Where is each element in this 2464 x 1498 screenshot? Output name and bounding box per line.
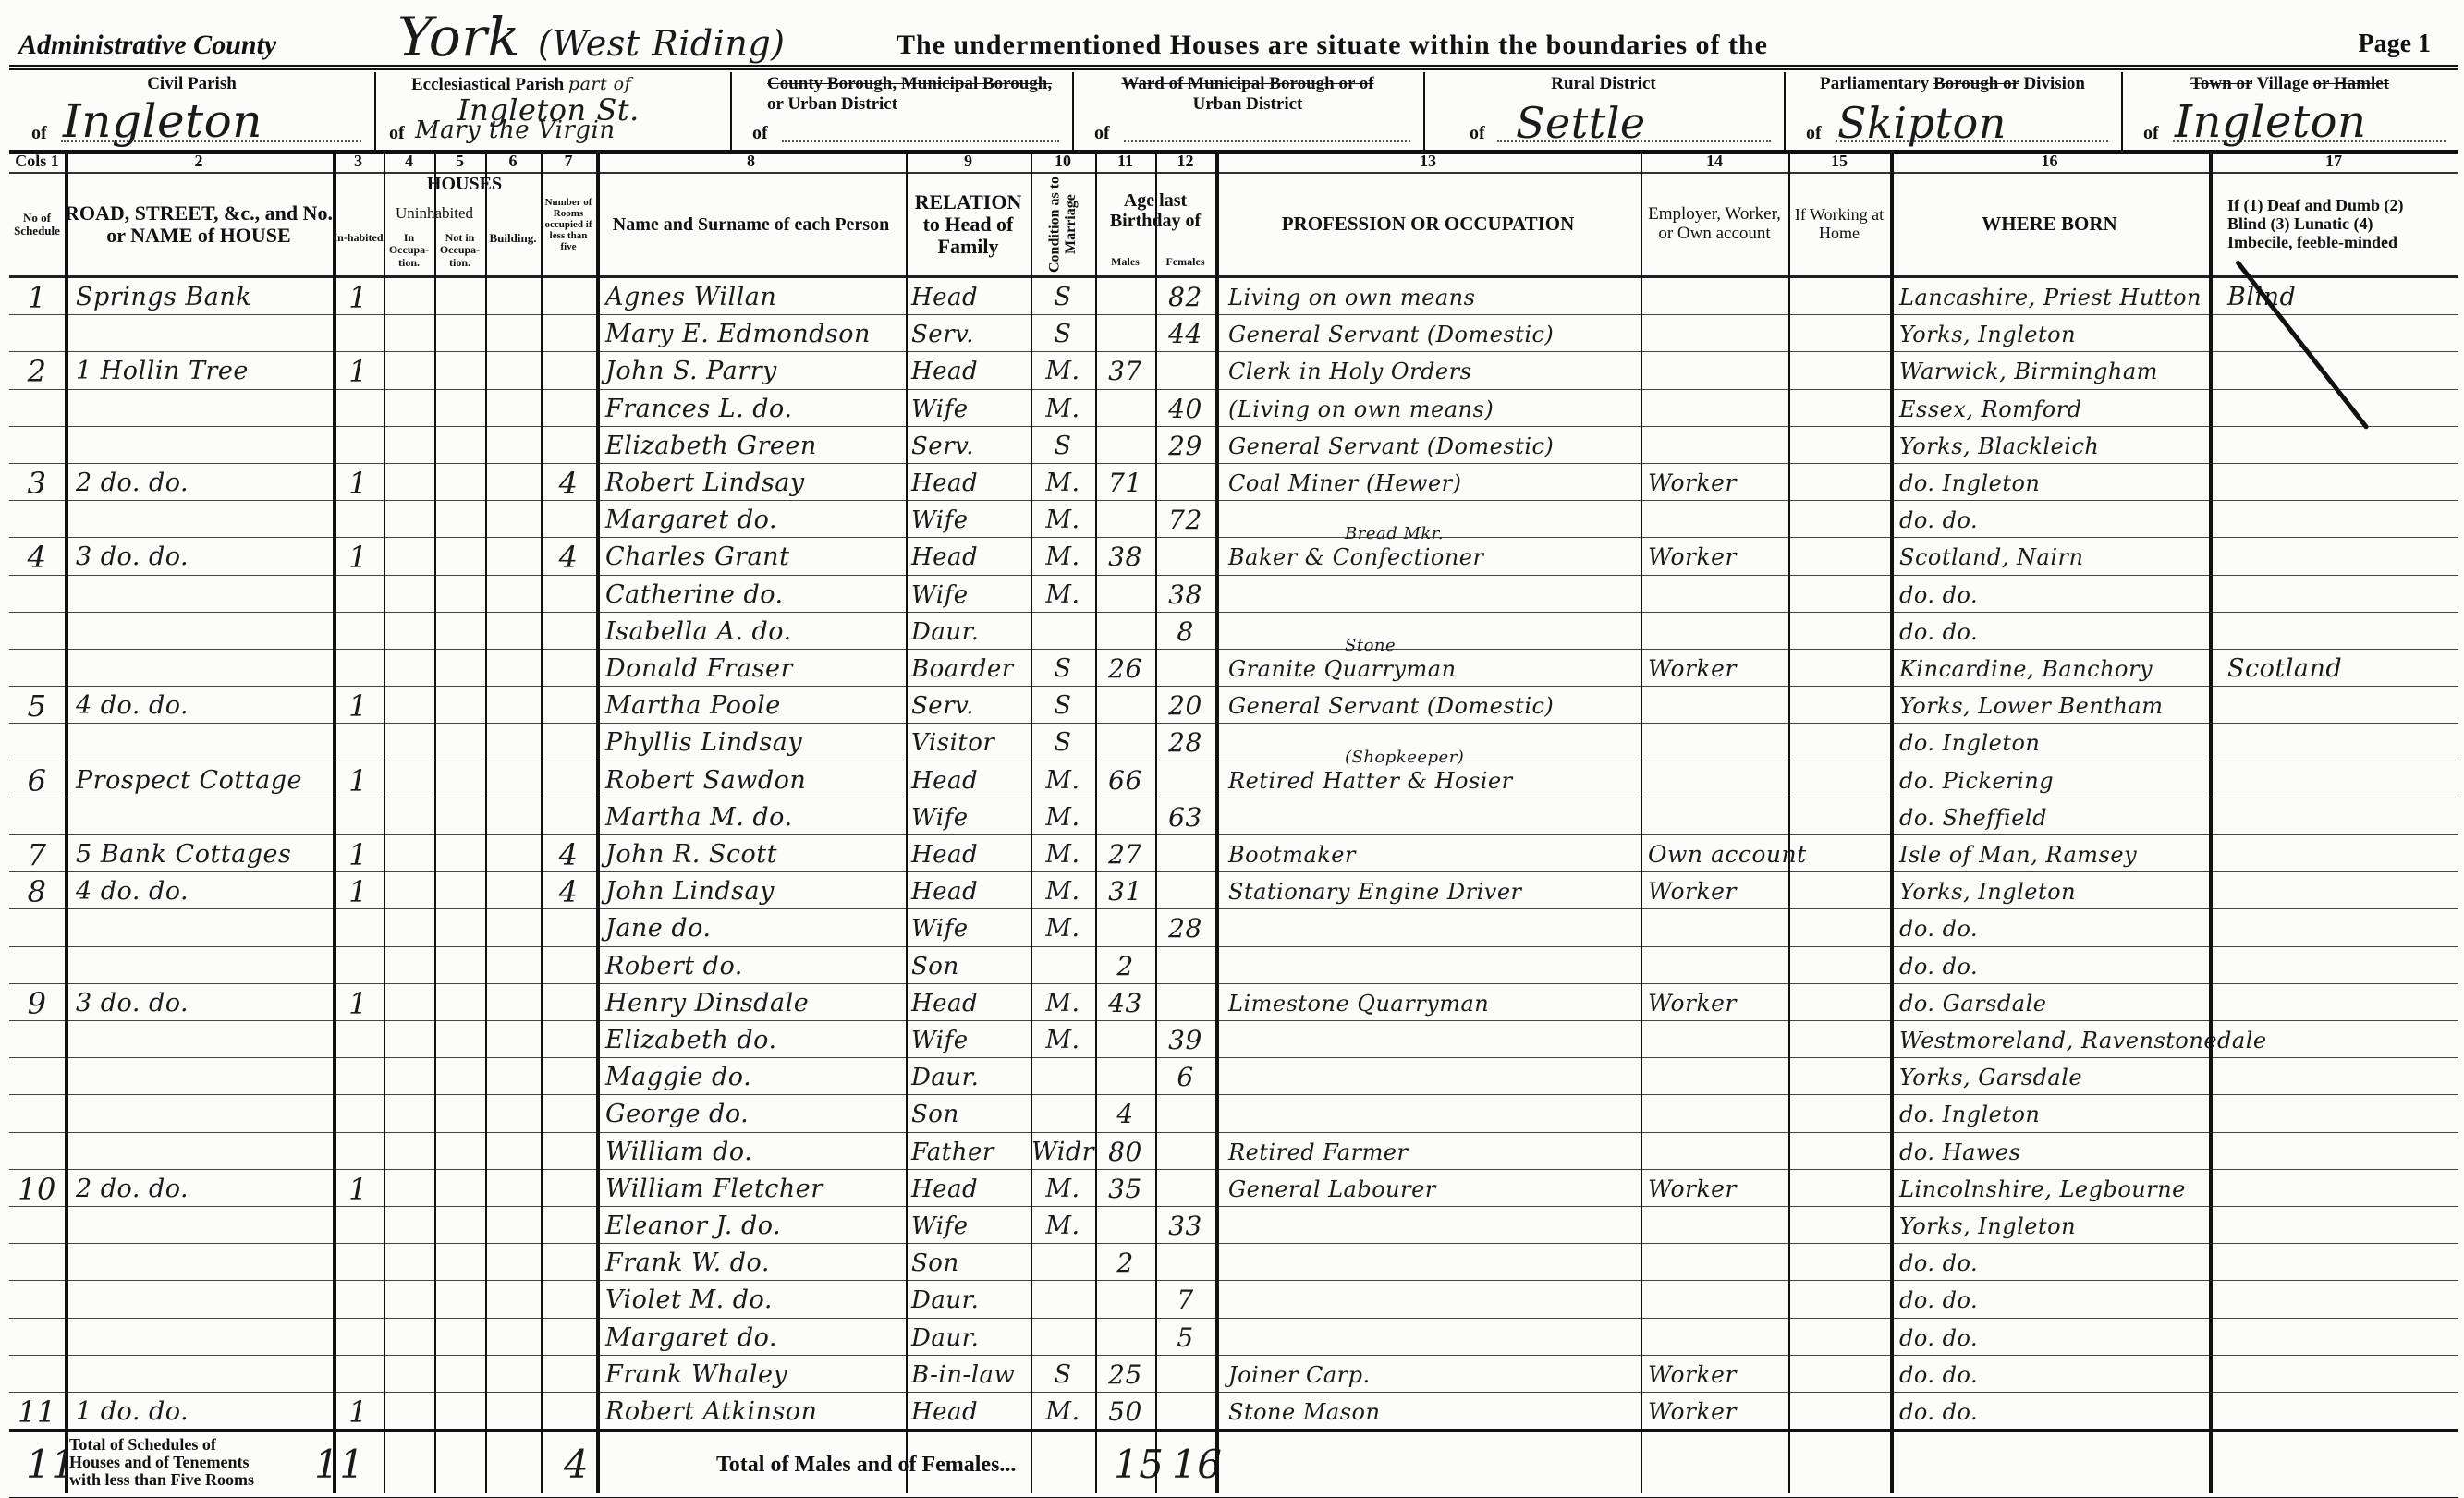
cell-employer xyxy=(1648,1318,1788,1355)
cell-relation: Daur. xyxy=(911,1318,1031,1355)
table-row: 1Springs Bank1Agnes WillanHeadS82Living … xyxy=(9,277,2458,315)
cell-condition: S xyxy=(1031,723,1095,760)
header-name-text: Name and Surname of each Person xyxy=(613,214,889,235)
cell-male-age: 35 xyxy=(1095,1169,1155,1206)
cell-male-age xyxy=(1095,1057,1155,1094)
cell-rooms xyxy=(541,575,596,612)
column-number: 14 xyxy=(1641,152,1788,171)
column-number: 4 xyxy=(384,152,434,171)
cell-born: do. do. xyxy=(1899,1392,2209,1429)
cell-employer xyxy=(1648,351,1788,388)
cell-occupation xyxy=(1228,946,1641,983)
cell-employer xyxy=(1648,1132,1788,1169)
cell-condition: Widr xyxy=(1031,1132,1095,1169)
cell-occupation xyxy=(1228,1318,1641,1355)
cell-rooms xyxy=(541,500,596,537)
cell-schedule: 1 xyxy=(9,277,65,314)
census-table: Cols 1234567891011121314151617 No of Sch… xyxy=(9,152,2458,1482)
cell-infirmity xyxy=(2227,908,2458,945)
header-relation: RELATION to Head of Family xyxy=(906,174,1031,275)
table-row: Donald FraserBoarderS26Granite Quarryman… xyxy=(9,649,2458,687)
cell-occupation xyxy=(1228,1020,1641,1057)
cell-inhabited xyxy=(333,649,384,686)
cell-female-age: 38 xyxy=(1155,575,1215,612)
column-number: 9 xyxy=(906,152,1031,171)
cell-rooms xyxy=(541,798,596,834)
cell-infirmity xyxy=(2227,500,2458,537)
cell-male-age: 80 xyxy=(1095,1132,1155,1169)
ecclesiastical-parish-label: Ecclesiastical Parish xyxy=(411,75,564,94)
cell-inhabited: 1 xyxy=(333,537,384,574)
cell-inhabited xyxy=(333,1057,384,1094)
cell-infirmity xyxy=(2227,1355,2458,1392)
ecclesiastical-parish-value: Mary the Virgin xyxy=(415,116,616,144)
cell-relation: Serv. xyxy=(911,686,1031,723)
cell-relation: Head xyxy=(911,537,1031,574)
table-row: Phyllis LindsayVisitorS28do. Ingleton xyxy=(9,723,2458,761)
cell-occupation xyxy=(1228,1057,1641,1094)
cell-condition: M. xyxy=(1031,908,1095,945)
cell-condition: M. xyxy=(1031,575,1095,612)
cell-condition: M. xyxy=(1031,463,1095,500)
cell-infirmity xyxy=(2227,1169,2458,1206)
cell-inhabited xyxy=(333,1280,384,1317)
cell-male-age xyxy=(1095,1206,1155,1243)
cell-road xyxy=(76,649,333,686)
cell-road: 2 do. do. xyxy=(76,1169,333,1206)
table-row: Frank WhaleyB-in-lawS25Joiner Carp.Worke… xyxy=(9,1355,2458,1393)
cell-relation: Head xyxy=(911,871,1031,908)
header-condition-text: Condition as to Marriage xyxy=(1046,174,1079,275)
column-rule xyxy=(1890,152,1894,1493)
cell-female-age xyxy=(1155,1243,1215,1280)
cell-employer xyxy=(1648,1020,1788,1057)
cell-relation: Wife xyxy=(911,389,1031,426)
cell-rooms: 4 xyxy=(541,834,596,871)
column-number: 12 xyxy=(1155,152,1215,171)
cell-born: Isle of Man, Ramsey xyxy=(1899,834,2209,871)
cell-name: William Fletcher xyxy=(605,1169,906,1206)
census-sheet: Administrative County York (West Riding)… xyxy=(0,0,2464,1498)
cell-condition: M. xyxy=(1031,351,1095,388)
cell-rooms: 4 xyxy=(541,463,596,500)
cell-name: Robert Sawdon xyxy=(605,761,906,798)
cell-name: Frances L. do. xyxy=(605,389,906,426)
column-rule xyxy=(596,152,600,1493)
cell-condition xyxy=(1031,1094,1095,1131)
inhabited-total: 11 xyxy=(314,1442,364,1487)
cell-occupation xyxy=(1228,1280,1641,1317)
cell-employer xyxy=(1648,798,1788,834)
cell-schedule: 3 xyxy=(9,463,65,500)
cell-infirmity xyxy=(2227,686,2458,723)
cell-rooms xyxy=(541,723,596,760)
cell-condition: M. xyxy=(1031,1392,1095,1429)
cell-male-age xyxy=(1095,1280,1155,1317)
cell-road xyxy=(76,1280,333,1317)
county-borough-field: County Borough, Municipal Borough, or Ur… xyxy=(730,72,1074,150)
cell-female-age xyxy=(1155,1094,1215,1131)
cell-occupation xyxy=(1228,798,1641,834)
cell-born: do. do. xyxy=(1899,946,2209,983)
column-number: 17 xyxy=(2209,152,2458,171)
cell-female-age xyxy=(1155,649,1215,686)
cell-inhabited: 1 xyxy=(333,1392,384,1429)
cell-employer xyxy=(1648,314,1788,351)
cell-condition: S xyxy=(1031,649,1095,686)
cell-name: Elizabeth Green xyxy=(605,426,906,463)
cell-occupation xyxy=(1228,575,1641,612)
column-rule xyxy=(2209,152,2213,1493)
cell-rooms xyxy=(541,351,596,388)
cell-employer: Own account xyxy=(1648,834,1788,871)
cell-condition: S xyxy=(1031,426,1095,463)
table-row: 102 do. do.1William FletcherHeadM.35Gene… xyxy=(9,1169,2458,1207)
cell-born: Lancashire, Priest Hutton xyxy=(1899,277,2209,314)
header-name: Name and Surname of each Person xyxy=(596,174,906,275)
cell-name: Maggie do. xyxy=(605,1057,906,1094)
cell-female-age: 82 xyxy=(1155,277,1215,314)
cell-schedule: 10 xyxy=(9,1169,65,1206)
cell-condition xyxy=(1031,1280,1095,1317)
table-row: Elizabeth do.WifeM.39Westmoreland, Raven… xyxy=(9,1020,2458,1058)
cell-male-age xyxy=(1095,723,1155,760)
rural-district-field: Rural District of Settle xyxy=(1423,72,1786,150)
cell-male-age: 2 xyxy=(1095,1243,1155,1280)
cell-road: 5 Bank Cottages xyxy=(76,834,333,871)
cell-relation: Head xyxy=(911,463,1031,500)
cell-born: do. Sheffield xyxy=(1899,798,2209,834)
cell-relation: Daur. xyxy=(911,612,1031,649)
cell-inhabited xyxy=(333,389,384,426)
cell-employer xyxy=(1648,1280,1788,1317)
table-row: 111 do. do.1Robert AtkinsonHeadM.50Stone… xyxy=(9,1392,2458,1430)
cell-road xyxy=(76,1206,333,1243)
cell-rooms xyxy=(541,761,596,798)
cell-occupation xyxy=(1228,908,1641,945)
cell-schedule xyxy=(9,1057,65,1094)
cell-female-age: 72 xyxy=(1155,500,1215,537)
cell-male-age: 2 xyxy=(1095,946,1155,983)
cell-road xyxy=(76,314,333,351)
cell-female-age: 8 xyxy=(1155,612,1215,649)
administrative-county-label: Administrative County xyxy=(18,30,276,61)
cell-relation: Daur. xyxy=(911,1057,1031,1094)
cell-infirmity xyxy=(2227,1132,2458,1169)
cell-schedule xyxy=(9,1132,65,1169)
cell-inhabited: 1 xyxy=(333,463,384,500)
cell-inhabited: 1 xyxy=(333,351,384,388)
column-rule xyxy=(1641,152,1642,1493)
cell-name: Margaret do. xyxy=(605,500,906,537)
cell-employer xyxy=(1648,500,1788,537)
cell-name: George do. xyxy=(605,1094,906,1131)
cell-relation: Son xyxy=(911,1094,1031,1131)
cell-road xyxy=(76,1132,333,1169)
rural-district-value: Settle xyxy=(1516,98,1646,148)
cell-schedule: 6 xyxy=(9,761,65,798)
of-label: of xyxy=(31,123,47,144)
column-rule xyxy=(1095,152,1097,1493)
cell-employer xyxy=(1648,575,1788,612)
cell-female-age xyxy=(1155,1355,1215,1392)
cell-road xyxy=(76,946,333,983)
header-building: Building. xyxy=(485,201,541,275)
cell-inhabited xyxy=(333,426,384,463)
cell-relation: Head xyxy=(911,761,1031,798)
table-row: 43 do. do.14Charles GrantHeadM.38Baker &… xyxy=(9,537,2458,575)
cell-female-age: 44 xyxy=(1155,314,1215,351)
cell-relation: Head xyxy=(911,1169,1031,1206)
table-row: Elizabeth GreenServ.S29General Servant (… xyxy=(9,426,2458,464)
header-males-text: Males xyxy=(1111,256,1140,268)
of-label: of xyxy=(752,123,768,144)
cell-infirmity xyxy=(2227,983,2458,1020)
cell-condition xyxy=(1031,1057,1095,1094)
cell-employer: Worker xyxy=(1648,871,1788,908)
cell-employer xyxy=(1648,686,1788,723)
fill-line xyxy=(1124,140,1410,142)
cell-name: Eleanor J. do. xyxy=(605,1206,906,1243)
cell-schedule xyxy=(9,389,65,426)
cell-occupation xyxy=(1228,612,1641,649)
cell-schedule xyxy=(9,908,65,945)
cell-road: 2 do. do. xyxy=(76,463,333,500)
column-number: 13 xyxy=(1215,152,1641,171)
cell-road xyxy=(76,612,333,649)
cell-occupation: Stone Mason xyxy=(1228,1392,1641,1429)
table-row: Margaret do.Daur.5do. do. xyxy=(9,1318,2458,1356)
cell-occupation: General Servant (Domestic) xyxy=(1228,426,1641,463)
cell-road: 4 do. do. xyxy=(76,871,333,908)
cell-name: Violet M. do. xyxy=(605,1280,906,1317)
town-struck: Town or xyxy=(2190,74,2252,93)
header-occupation-text: PROFESSION OR OCCUPATION xyxy=(1282,213,1575,235)
cell-employer xyxy=(1648,1094,1788,1131)
boundaries-text: The undermentioned Houses are situate wi… xyxy=(897,30,1768,61)
cell-female-age: 29 xyxy=(1155,426,1215,463)
cell-rooms xyxy=(541,686,596,723)
cell-condition xyxy=(1031,1243,1095,1280)
cell-name: Margaret do. xyxy=(605,1318,906,1355)
cell-inhabited xyxy=(333,798,384,834)
column-rule xyxy=(1031,152,1032,1493)
column-rule xyxy=(65,152,68,1493)
cell-male-age xyxy=(1095,389,1155,426)
header-infirmity-text: If (1) Deaf and Dumb (2) Blind (3) Lunat… xyxy=(2227,197,2440,251)
cell-male-age: 50 xyxy=(1095,1392,1155,1429)
cell-occupation: Granite Quarryman xyxy=(1228,649,1641,686)
cell-inhabited xyxy=(333,1243,384,1280)
header-employer: Employer, Worker, or Own account xyxy=(1641,174,1788,275)
cell-relation: Son xyxy=(911,1243,1031,1280)
cell-road xyxy=(76,1355,333,1392)
parliamentary-division-field: Parliamentary Borough or Division of Ski… xyxy=(1784,72,2123,150)
cell-female-age xyxy=(1155,351,1215,388)
cell-born: do. do. xyxy=(1899,908,2209,945)
column-rule xyxy=(1215,152,1219,1493)
cell-name: Mary E. Edmondson xyxy=(605,314,906,351)
cell-name: Isabella A. do. xyxy=(605,612,906,649)
cell-born: do. do. xyxy=(1899,1280,2209,1317)
cell-born: Westmoreland, Ravenstonedale xyxy=(1899,1020,2209,1057)
header-in-occupation: In Occupa-tion. xyxy=(384,225,434,275)
header-condition: Condition as to Marriage xyxy=(1031,174,1095,275)
column-number: 15 xyxy=(1788,152,1890,171)
header-in-occupation-text: In Occupa-tion. xyxy=(384,232,434,269)
cell-inhabited: 1 xyxy=(333,871,384,908)
cell-schedule xyxy=(9,946,65,983)
cell-relation: Visitor xyxy=(911,723,1031,760)
cell-road xyxy=(76,1243,333,1280)
table-row: Frank W. do.Son2do. do. xyxy=(9,1243,2458,1281)
cell-occupation: General Servant (Domestic) xyxy=(1228,686,1641,723)
cell-infirmity xyxy=(2227,1243,2458,1280)
cell-male-age xyxy=(1095,798,1155,834)
cell-female-age xyxy=(1155,537,1215,574)
header-schedule-text: No of Schedule xyxy=(9,212,65,238)
totals-row: 11 Total of Schedules of Houses and of T… xyxy=(9,1429,2458,1498)
cell-relation: B-in-law xyxy=(911,1355,1031,1392)
cell-relation: Serv. xyxy=(911,314,1031,351)
cell-inhabited xyxy=(333,1020,384,1057)
header-at-home: If Working at Home xyxy=(1788,174,1890,275)
cell-born: do. Ingleton xyxy=(1899,463,2209,500)
cell-inhabited xyxy=(333,612,384,649)
cell-male-age xyxy=(1095,314,1155,351)
cell-infirmity xyxy=(2227,871,2458,908)
cell-inhabited xyxy=(333,1094,384,1131)
cell-male-age: 26 xyxy=(1095,649,1155,686)
rural-district-label: Rural District xyxy=(1423,74,1784,94)
header-occupation: PROFESSION OR OCCUPATION xyxy=(1215,174,1641,275)
cell-infirmity xyxy=(2227,798,2458,834)
column-number: 3 xyxy=(333,152,384,171)
cell-born: do. do. xyxy=(1899,1355,2209,1392)
cell-born: do. Pickering xyxy=(1899,761,2209,798)
cell-born: do. Garsdale xyxy=(1899,983,2209,1020)
cell-name: Henry Dinsdale xyxy=(605,983,906,1020)
cell-relation: Wife xyxy=(911,798,1031,834)
cell-rooms xyxy=(541,1280,596,1317)
header-rooms-text: Number of Rooms occupied if less than fi… xyxy=(541,197,596,252)
table-row: George do.Son4do. Ingleton xyxy=(9,1094,2458,1132)
cell-occupation xyxy=(1228,1206,1641,1243)
fill-line xyxy=(782,140,1059,142)
cell-female-age xyxy=(1155,946,1215,983)
cell-inhabited xyxy=(333,1206,384,1243)
cell-infirmity xyxy=(2227,1280,2458,1317)
division-label: Division xyxy=(2023,74,2085,93)
cell-female-age xyxy=(1155,1392,1215,1429)
column-number: 10 xyxy=(1031,152,1095,171)
cell-rooms xyxy=(541,649,596,686)
cell-name: Jane do. xyxy=(605,908,906,945)
cell-road: 1 do. do. xyxy=(76,1392,333,1429)
cell-schedule xyxy=(9,575,65,612)
cell-infirmity xyxy=(2227,463,2458,500)
cell-infirmity xyxy=(2227,426,2458,463)
cell-inhabited xyxy=(333,1132,384,1169)
table-row: Robert do.Son2do. do. xyxy=(9,946,2458,984)
cell-road: Prospect Cottage xyxy=(76,761,333,798)
table-row: Martha M. do.WifeM.63do. Sheffield xyxy=(9,798,2458,835)
cell-infirmity xyxy=(2227,575,2458,612)
cell-employer xyxy=(1648,946,1788,983)
cell-born: Essex, Romford xyxy=(1899,389,2209,426)
cell-schedule xyxy=(9,612,65,649)
cell-relation: Daur. xyxy=(911,1280,1031,1317)
column-rule xyxy=(333,152,336,1493)
civil-parish-value: Ingleton xyxy=(63,94,262,148)
cell-inhabited xyxy=(333,946,384,983)
cell-name: Robert Lindsay xyxy=(605,463,906,500)
cell-relation: Head xyxy=(911,277,1031,314)
of-label: of xyxy=(389,123,405,144)
cell-employer xyxy=(1648,1206,1788,1243)
parliamentary-division-value: Skipton xyxy=(1837,98,2007,148)
cell-rooms xyxy=(541,1057,596,1094)
cell-rooms xyxy=(541,389,596,426)
area-fields: Civil Parish of Ingleton Ecclesiastical … xyxy=(9,72,2458,154)
cell-male-age: 71 xyxy=(1095,463,1155,500)
cell-female-age xyxy=(1155,463,1215,500)
cell-schedule: 8 xyxy=(9,871,65,908)
cell-name: Robert Atkinson xyxy=(605,1392,906,1429)
column-rule xyxy=(1155,152,1157,1493)
parliamentary-struck: Borough or xyxy=(1933,74,2019,93)
cell-employer xyxy=(1648,723,1788,760)
cell-name: Robert do. xyxy=(605,946,906,983)
cell-schedule xyxy=(9,1318,65,1355)
header-employer-text: Employer, Worker, or Own account xyxy=(1641,205,1788,244)
cell-name: Agnes Willan xyxy=(605,277,906,314)
cell-male-age: 25 xyxy=(1095,1355,1155,1392)
cell-condition: M. xyxy=(1031,389,1095,426)
column-rule xyxy=(434,152,436,1493)
cell-relation: Head xyxy=(911,834,1031,871)
column-number: 11 xyxy=(1095,152,1155,171)
village-field: Town or Village or Hamlet of Ingleton xyxy=(2121,72,2458,150)
header-at-home-text: If Working at Home xyxy=(1788,206,1890,243)
cell-infirmity xyxy=(2227,1020,2458,1057)
cell-female-age xyxy=(1155,983,1215,1020)
cell-road: 3 do. do. xyxy=(76,537,333,574)
cell-infirmity xyxy=(2227,1392,2458,1429)
cell-employer: Worker xyxy=(1648,1355,1788,1392)
column-number: 2 xyxy=(65,152,333,171)
table-row: 93 do. do.1Henry DinsdaleHeadM.43Limesto… xyxy=(9,983,2458,1021)
cell-employer xyxy=(1648,426,1788,463)
cell-female-age: 5 xyxy=(1155,1318,1215,1355)
cell-name: John S. Parry xyxy=(605,351,906,388)
cell-inhabited xyxy=(333,1318,384,1355)
cell-born: Yorks, Lower Bentham xyxy=(1899,686,2209,723)
cell-name: Frank W. do. xyxy=(605,1243,906,1280)
cell-female-age: 40 xyxy=(1155,389,1215,426)
cell-occupation: Clerk in Holy Orders xyxy=(1228,351,1641,388)
cell-road: 1 Hollin Tree xyxy=(76,351,333,388)
table-row: 6Prospect Cottage1Robert SawdonHeadM.66R… xyxy=(9,761,2458,798)
column-headers: No of ScheduleROAD, STREET, &c., and No.… xyxy=(9,174,2458,278)
cell-employer xyxy=(1648,1057,1788,1094)
column-rule xyxy=(1788,152,1790,1493)
column-number: 8 xyxy=(596,152,906,171)
cell-male-age xyxy=(1095,908,1155,945)
table-row: Jane do.WifeM.28do. do. xyxy=(9,908,2458,946)
cell-name: William do. xyxy=(605,1132,906,1169)
cell-occupation: General Servant (Domestic) xyxy=(1228,314,1641,351)
